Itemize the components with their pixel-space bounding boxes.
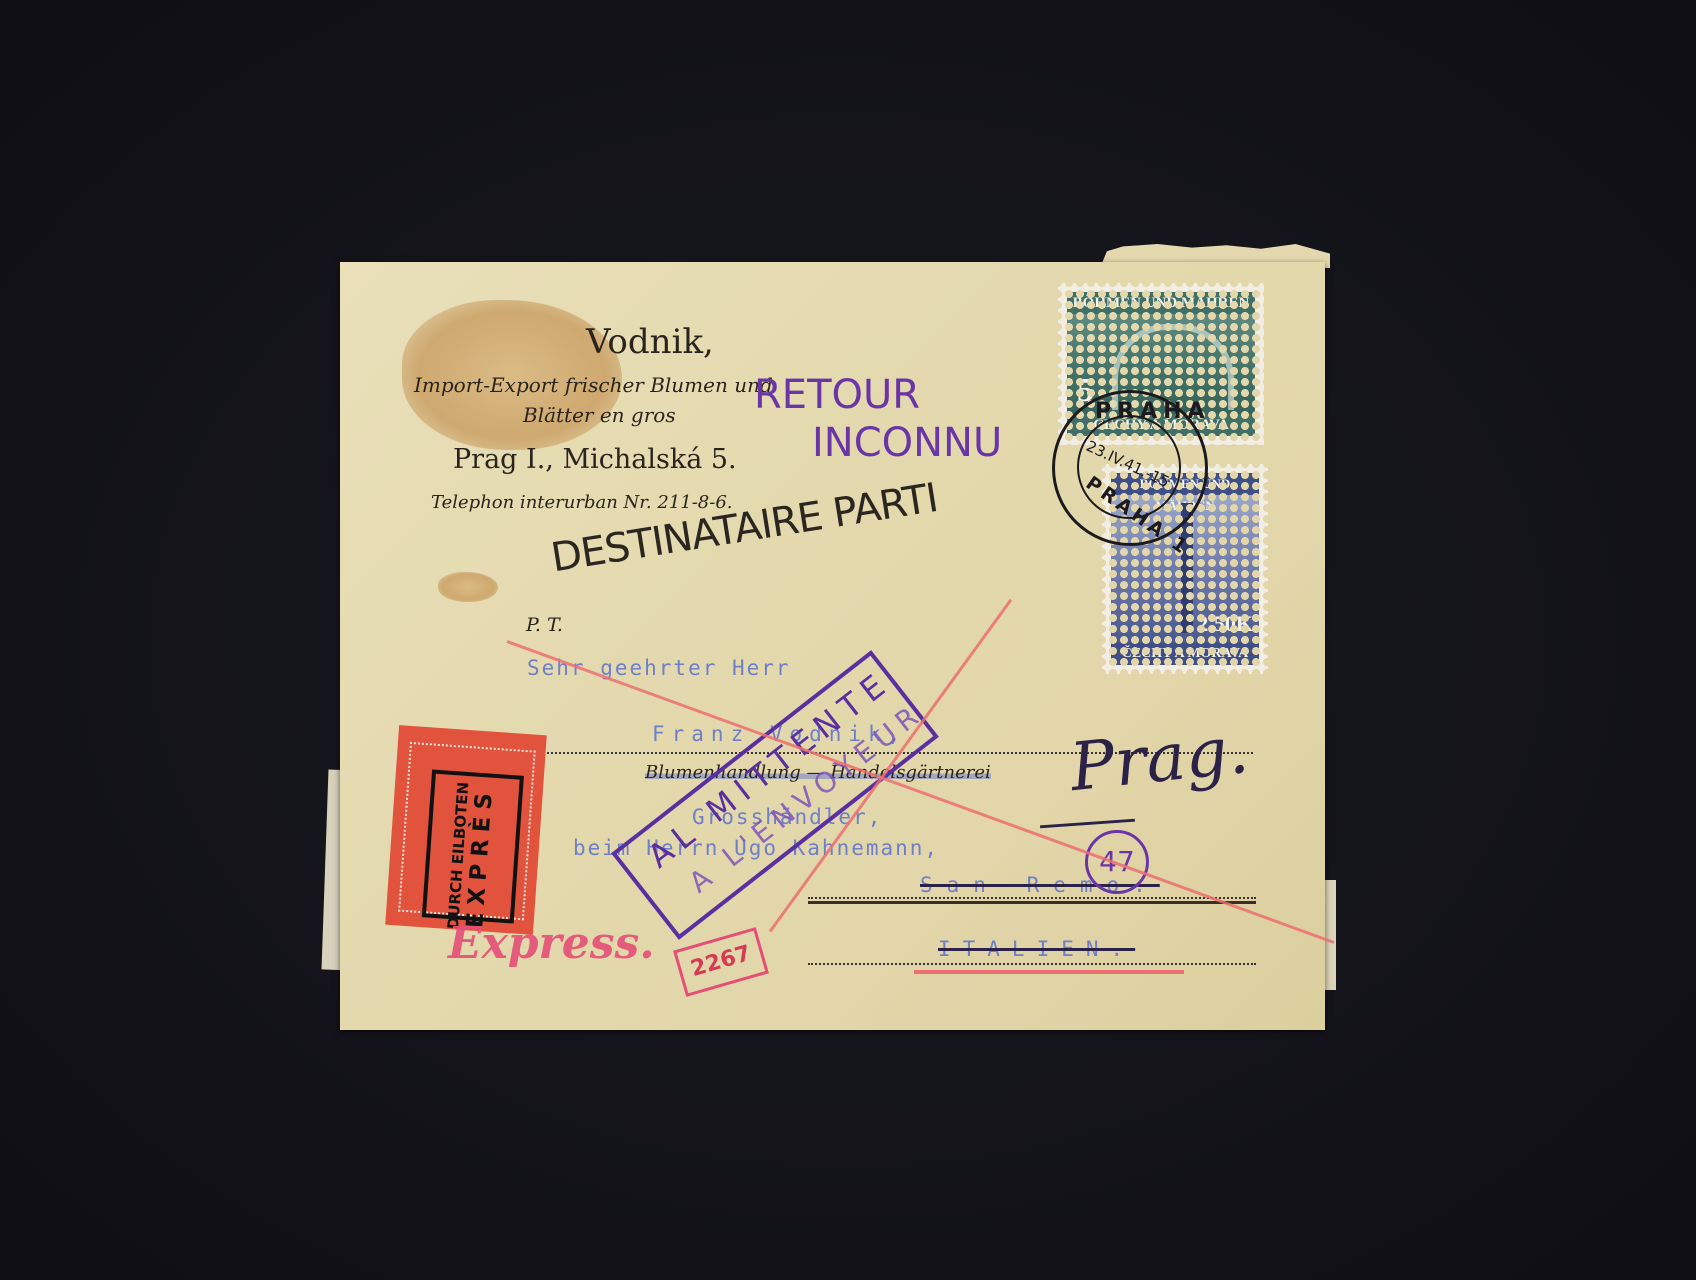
stamp-olomouc-value: 2.50K [1197, 611, 1253, 637]
small-stain [438, 572, 498, 602]
letterhead-line1: Import-Export frischer Blumen und [414, 373, 773, 397]
addressee-country-struck: ITALIEN. [938, 937, 1135, 961]
address-underline [808, 901, 1256, 904]
letterhead-name: Vodnik, [586, 322, 714, 362]
letterhead-line2: Blätter en gros [523, 403, 676, 427]
letterhead-address: Prag I., Michalská 5. [453, 444, 737, 475]
express-sticker: DURCH EILBOTEN EXPRÈS [385, 725, 547, 935]
letterhead-telephone: Telephon interurban Nr. 211-8-6. [431, 492, 733, 513]
express-handstamp: Express. [448, 918, 655, 969]
retour-stamp-line1: RETOUR [754, 372, 920, 418]
address-dotted-line-2 [808, 897, 1256, 899]
address-dotted-line-3 [808, 963, 1256, 965]
stamp-olomouc-bottom: ČECHY A MORAVA [1111, 643, 1259, 665]
postmark: PRAHA 23.IV.41.-15 PRAHA 1 [1052, 390, 1208, 546]
postmark-top: PRAHA [1095, 399, 1211, 424]
red-underline [914, 970, 1184, 974]
retour-stamp-line2: INCONNU [812, 420, 1002, 466]
pt-abbrev: P. T. [526, 614, 563, 636]
salutation: Sehr geehrter Herr [527, 656, 791, 680]
stamp-bridge-top: BÖHMEN UND MÄHREN [1067, 292, 1255, 314]
